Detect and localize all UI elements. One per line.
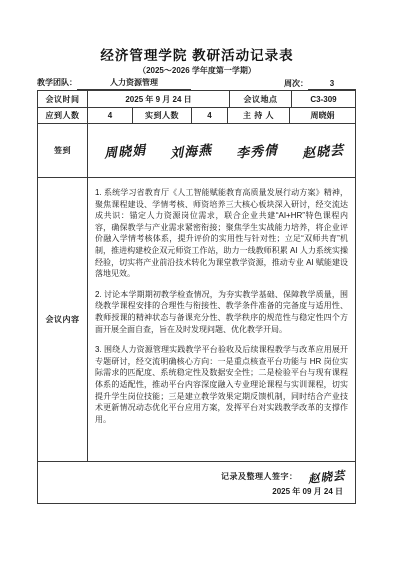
row-attendance: 应到人数 4 实到人数 4 主 持 人 周晓娟 bbox=[38, 107, 355, 123]
row-footer: 记录及整理人签字： 赵晓芸 2025 年 09 月 24 日 bbox=[38, 461, 355, 503]
host-label: 主 持 人 bbox=[227, 108, 289, 123]
row-signin: 签到 周晓娟 刘海燕 李秀倩 赵晓芸 bbox=[38, 123, 355, 177]
page-title: 经济管理学院 教研活动记录表 bbox=[0, 44, 394, 64]
week-value: 3 bbox=[308, 79, 356, 90]
actual-count-value: 4 bbox=[191, 108, 227, 123]
actual-count-label: 实到人数 bbox=[132, 108, 191, 123]
signin-signatures: 周晓娟 刘海燕 李秀倩 赵晓芸 bbox=[87, 124, 355, 177]
host-value: 周晓娟 bbox=[289, 108, 355, 123]
row-content: 会议内容 1. 系统学习省教育厅《人工智能赋能教育高质量发展行动方案》精神，聚焦… bbox=[38, 177, 355, 461]
content-paragraph-2: 2. 讨论本学期期初教学检查情况，为夯实教学基础、保障教学质量，围绕教学课程安排… bbox=[95, 289, 348, 335]
footer-cell: 记录及整理人签字： 赵晓芸 2025 年 09 月 24 日 bbox=[38, 462, 355, 503]
meeting-time-label: 会议时间 bbox=[38, 91, 87, 107]
expected-count-value: 4 bbox=[87, 108, 132, 123]
record-date: 2025 年 09 月 24 日 bbox=[272, 486, 345, 497]
week-label: 周次： bbox=[284, 79, 308, 88]
signature: 李秀倩 bbox=[235, 139, 279, 162]
content-paragraph-3: 3. 围绕人力资源管理实践教学平台验收及后续课程教学与改革应用展开专题研讨，经交… bbox=[95, 344, 348, 425]
page-subtitle: （2025～2026 学年度第一学期） bbox=[0, 65, 394, 76]
week-number: 周次：3 bbox=[284, 78, 356, 90]
signature: 周晓娟 bbox=[103, 139, 147, 162]
content-body: 1. 系统学习省教育厅《人工智能赋能教育高质量发展行动方案》精神，聚焦课程建设、… bbox=[87, 178, 355, 461]
content-label: 会议内容 bbox=[38, 178, 87, 461]
expected-count-label: 应到人数 bbox=[38, 108, 87, 123]
row-meeting-time: 会议时间 2025 年 9 月 24 日 会议地点 C3-309 bbox=[38, 91, 355, 107]
teaching-team-value: 人力资源管理 bbox=[77, 77, 191, 90]
meta-line: 教学团队：人力资源管理 周次：3 bbox=[37, 77, 356, 90]
recorder-sign-line: 记录及整理人签字： 赵晓芸 bbox=[221, 469, 345, 485]
signature: 刘海燕 bbox=[169, 139, 213, 162]
signature: 赵晓芸 bbox=[301, 139, 345, 162]
recorder-signature: 赵晓芸 bbox=[307, 467, 346, 487]
teaching-team-label: 教学团队： bbox=[37, 78, 77, 87]
content-paragraph-1: 1. 系统学习省教育厅《人工智能赋能教育高质量发展行动方案》精神，聚焦课程建设、… bbox=[95, 187, 348, 280]
record-form-sheet: 经济管理学院 教研活动记录表 （2025～2026 学年度第一学期） 教学团队：… bbox=[0, 0, 394, 574]
meeting-place-label: 会议地点 bbox=[229, 91, 291, 107]
record-table: 会议时间 2025 年 9 月 24 日 会议地点 C3-309 应到人数 4 … bbox=[37, 90, 356, 504]
signin-label: 签到 bbox=[38, 124, 87, 177]
meeting-place-value: C3-309 bbox=[291, 91, 355, 107]
meeting-time-value: 2025 年 9 月 24 日 bbox=[87, 91, 229, 107]
recorder-sign-label: 记录及整理人签字： bbox=[221, 471, 298, 482]
teaching-team: 教学团队：人力资源管理 bbox=[37, 77, 191, 90]
